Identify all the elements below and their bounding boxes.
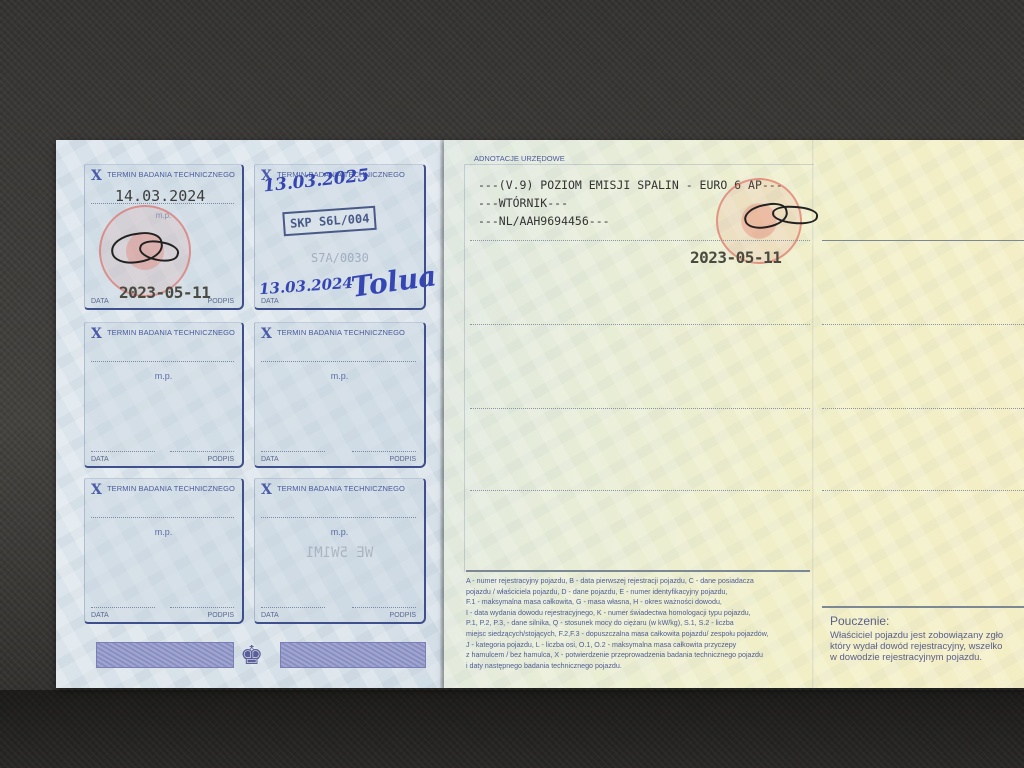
inspection-box-2: X TERMIN BADANIA TECHNICZNEGO 13.03.2025… — [254, 164, 426, 310]
stamp-date: 2023-05-11 — [119, 283, 210, 302]
inspection-box-3: X TERMIN BADANIA TECHNICZNEGO m.p. DATA … — [84, 322, 244, 468]
box-title: TERMIN BADANIA TECHNICZNEGO — [277, 484, 405, 493]
x-marker: X — [91, 168, 102, 184]
x-marker: X — [91, 482, 102, 498]
fabric-background — [0, 690, 1024, 768]
field-legend: A - numer rejestracyjny pojazdu, B - dat… — [466, 576, 810, 671]
handwritten-date: 13.03.2024 — [258, 274, 353, 299]
date-label: DATA — [261, 456, 279, 463]
next-inspection-date: 14.03.2024 — [115, 187, 205, 205]
box-title: TERMIN BADANIA TECHNICZNEGO — [277, 328, 405, 337]
annotation-line-2: ---WTÓRNIK--- — [478, 196, 568, 210]
date-label: DATA — [261, 298, 279, 305]
notice-text: Właściciel pojazdu jest zobowiązany zgło… — [830, 630, 1024, 663]
signature-label: PODPIS — [208, 298, 234, 305]
box-title: TERMIN BADANIA TECHNICZNEGO — [107, 328, 235, 337]
mirrored-print: WE 5W1M1 — [255, 545, 424, 561]
signature-label: PODPIS — [390, 612, 416, 619]
mp-label: m.p. — [85, 371, 242, 381]
inspection-box-4: X TERMIN BADANIA TECHNICZNEGO m.p. DATA … — [254, 322, 426, 468]
faded-stamp: S7A/0030 — [311, 251, 369, 265]
inspection-box-5: X TERMIN BADANIA TECHNICZNEGO m.p. DATA … — [84, 478, 244, 624]
stamp-date: 2023-05-11 — [690, 248, 781, 267]
notice-title: Pouczenie: — [830, 614, 889, 628]
mp-label: m.p. — [85, 527, 242, 537]
date-label: DATA — [261, 612, 279, 619]
signature-label: PODPIS — [390, 456, 416, 463]
date-label: DATA — [91, 612, 109, 619]
date-label: DATA — [91, 298, 109, 305]
mp-label: m.p. — [85, 211, 242, 220]
station-stamp: SKP S6L/004 — [282, 206, 377, 236]
handwritten-signature: Tolua — [349, 259, 438, 304]
x-marker: X — [261, 326, 272, 342]
signature-label: PODPIS — [208, 612, 234, 619]
eagle-emblem-icon: ♚ — [240, 640, 263, 671]
inspection-box-6: X TERMIN BADANIA TECHNICZNEGO m.p. WE 5W… — [254, 478, 426, 624]
guilloche-band-right — [280, 642, 426, 668]
annotation-line-3: ---NL/AAH9694456--- — [478, 214, 610, 228]
x-marker: X — [91, 326, 102, 342]
box-title: TERMIN BADANIA TECHNICZNEGO — [107, 170, 235, 179]
signature-label: PODPIS — [208, 456, 234, 463]
mp-label: m.p. — [255, 371, 424, 381]
section-label: ADNOTACJE URZĘDOWE — [474, 154, 565, 163]
box-title: TERMIN BADANIA TECHNICZNEGO — [107, 484, 235, 493]
x-marker: X — [261, 482, 272, 498]
inspection-box-1: X TERMIN BADANIA TECHNICZNEGO 14.03.2024… — [84, 164, 244, 310]
date-label: DATA — [91, 456, 109, 463]
guilloche-band-left — [96, 642, 234, 668]
mp-label: m.p. — [255, 527, 424, 537]
